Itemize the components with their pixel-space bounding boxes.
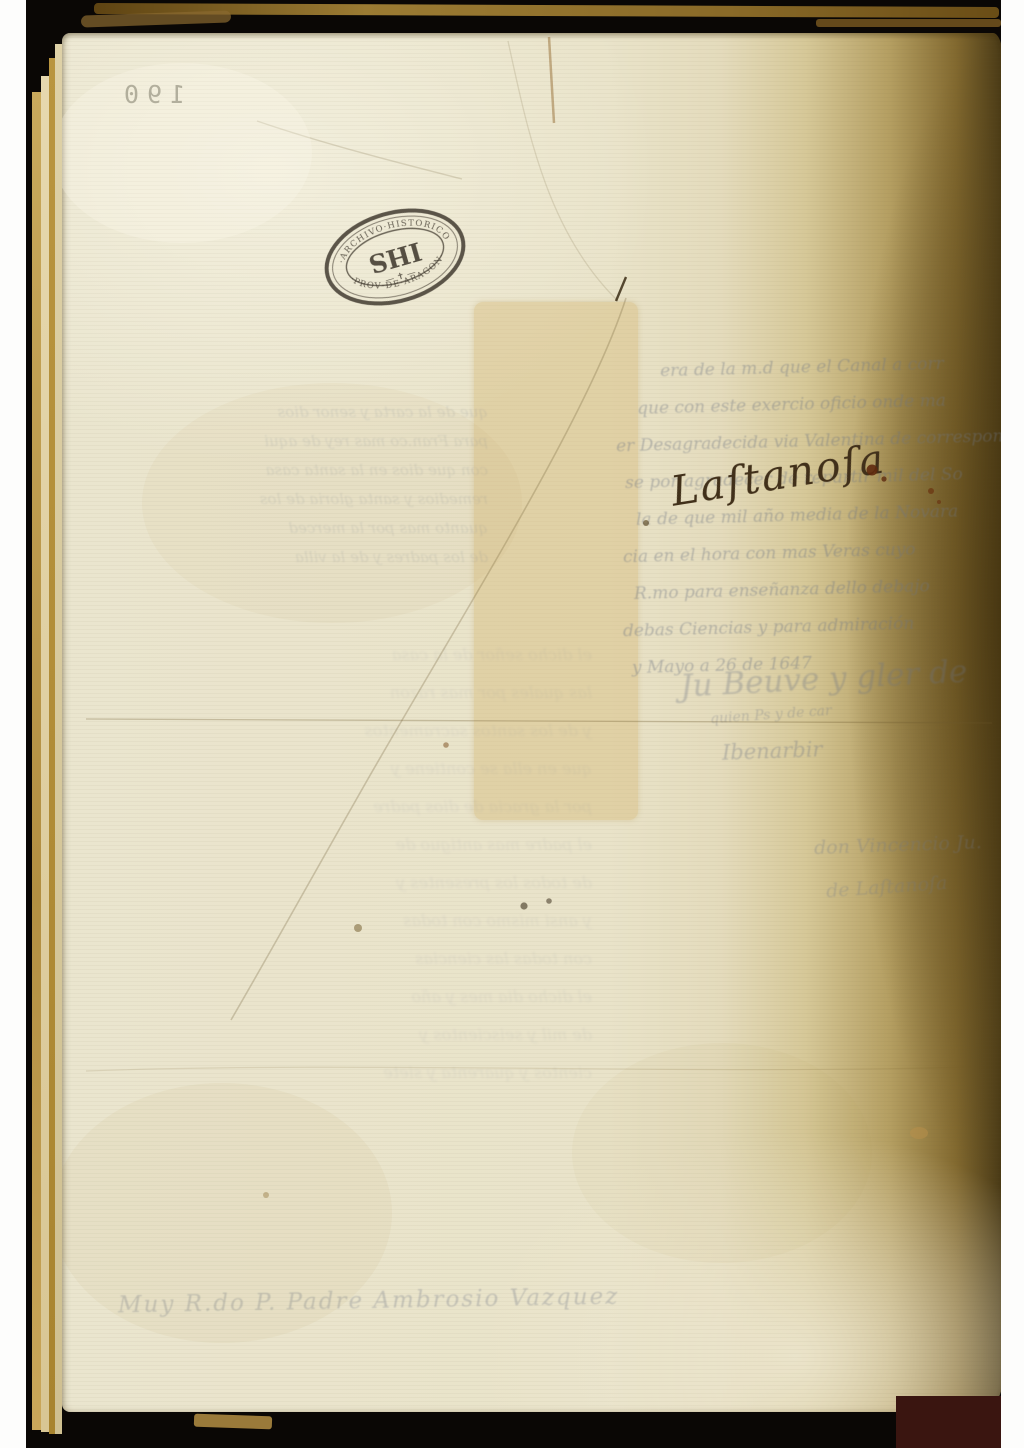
bleed-line: con que dios en la santa casa	[88, 456, 488, 485]
bleed-line: el dicho señor de la casa	[92, 636, 592, 674]
stain-drip	[549, 37, 554, 123]
underlying-page-chip	[194, 1414, 272, 1430]
ihs-archive-stamp: ·ARCHIVO·HISTORICO· ·PROV·DE·ARAGON· IHS…	[309, 188, 481, 325]
bleed-line: quanto mas por la merced	[88, 514, 488, 543]
manuscript-scan: 190 ·ARCHIVO·HISTORICO· ·PROV·DE·ARAGON·…	[0, 0, 1024, 1448]
manuscript-page: 190 ·ARCHIVO·HISTORICO· ·PROV·DE·ARAGON·…	[62, 33, 1003, 1412]
bleed-line: y de los santos sacramentos	[92, 712, 592, 750]
gutter-shadow	[763, 33, 1003, 1412]
crease-top-center	[508, 41, 618, 301]
bottom-inscription: Muy R.do P. Padre Ambrosio Vazquez	[118, 1284, 618, 1319]
bleed-line: de mil y seiscientos y	[92, 1016, 592, 1054]
bleed-line: y ansi mismo con todas	[92, 902, 592, 940]
bleed-line: que en ella se contiene y	[92, 750, 592, 788]
faint-letter-text: era de la m.d que el Canal a corr que co…	[614, 344, 1003, 688]
bleed-line: de los padres y de la villa	[88, 543, 488, 572]
bleed-line: remedios y santa gloria de los	[88, 485, 488, 514]
light-patch	[62, 63, 312, 243]
bleed-line: el dicho dia mes y año	[92, 978, 592, 1016]
bleedthrough-text-lower: el dicho señor de la casa las quales por…	[92, 636, 592, 1092]
underlying-page-edge	[41, 76, 49, 1432]
scanner-margin-right	[1001, 0, 1024, 1448]
underlying-page-edge	[55, 44, 62, 1434]
bleed-line: de todos los presentes y	[92, 864, 592, 902]
bleed-line: cientos y quarenta y siete	[92, 1054, 592, 1092]
bleed-line: que de la carta y senor dios	[88, 398, 488, 427]
bleed-line: las quales por mas razon	[92, 674, 592, 712]
bleed-line: para Fran.co mas rey de aqui	[88, 427, 488, 456]
underlying-page-edge	[32, 92, 41, 1430]
bleed-line: con todas las ciencias	[92, 940, 592, 978]
page-number-mirrored: 190	[116, 80, 185, 109]
pen-mark	[616, 277, 626, 301]
book-cover-edge-right	[816, 19, 1001, 27]
crease-top-left	[257, 121, 462, 179]
bleed-line: por la gracia de dios padre	[92, 788, 592, 826]
signature-name: Ibenarbir	[722, 737, 823, 764]
scanner-margin-left	[0, 0, 26, 1448]
bleed-line: el padre mas antiguo de	[92, 826, 592, 864]
book-frame: 190 ·ARCHIVO·HISTORICO· ·PROV·DE·ARAGON·…	[26, 0, 1001, 1448]
stain-spot	[263, 1192, 269, 1198]
bleedthrough-text-upper: que de la carta y senor dios para Fran.c…	[88, 398, 488, 572]
binding-corner	[896, 1396, 1001, 1448]
